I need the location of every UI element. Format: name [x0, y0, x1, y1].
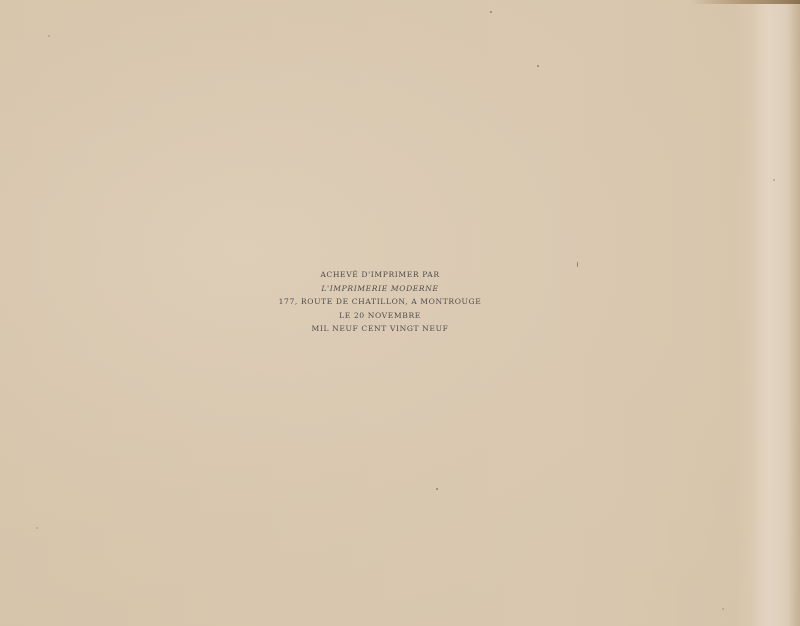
colophon-text: ACHEVÉ D'IMPRIMER PAR L'IMPRIMERIE MODER… [240, 268, 520, 336]
colophon-line-date: LE 20 NOVEMBRE [240, 309, 520, 323]
colophon-line-year: MIL NEUF CENT VINGT NEUF [240, 322, 520, 336]
paper-speck [577, 262, 578, 267]
paper-speck [490, 11, 492, 13]
paper-speck [722, 608, 724, 610]
book-page: ACHEVÉ D'IMPRIMER PAR L'IMPRIMERIE MODER… [0, 0, 800, 626]
paper-speck [773, 179, 775, 181]
paper-speck [48, 35, 50, 37]
paper-speck [537, 65, 539, 67]
colophon-line-printed-by: ACHEVÉ D'IMPRIMER PAR [240, 268, 520, 282]
page-edge-shading [752, 0, 800, 626]
colophon-line-printer-name: L'IMPRIMERIE MODERNE [240, 282, 520, 296]
paper-speck [436, 488, 438, 490]
paper-speck [36, 527, 38, 529]
colophon-line-address: 177, ROUTE DE CHATILLON, A MONTROUGE [240, 295, 520, 309]
page-corner-wear [690, 0, 800, 4]
